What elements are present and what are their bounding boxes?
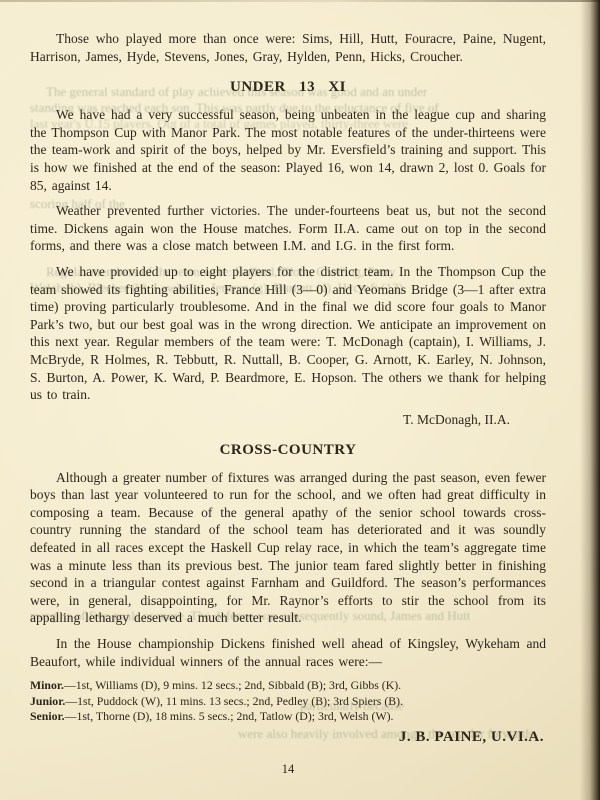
result-label-minor: Minor. bbox=[30, 678, 64, 692]
result-line-minor: Minor.—1st, Williams (D), 9 mins. 12 sec… bbox=[30, 678, 546, 694]
scanned-page: The general standard of play achieved th… bbox=[0, 0, 600, 800]
paragraph-crosscountry-house: In the House championship Dickens finish… bbox=[30, 635, 546, 670]
paragraph-under13-season: We have had a very successful season, be… bbox=[30, 106, 546, 194]
paragraph-crosscountry-season: Although a greater number of fixtures wa… bbox=[30, 469, 546, 627]
paragraph-under13-district: We have provided up to eight players for… bbox=[30, 263, 546, 404]
paragraph-under13-weather: Weather prevented further victories. The… bbox=[30, 202, 546, 255]
page-content: Those who played more than once were: Si… bbox=[0, 0, 600, 777]
page-edge-shadow bbox=[580, 0, 600, 800]
signature-paine: J. B. PAINE, U.VI.A. bbox=[30, 729, 546, 746]
result-text-senior: —1st, Thorne (D), 18 mins. 5 secs.; 2nd,… bbox=[65, 709, 394, 723]
section-heading-under-13-xi: UNDER 13 XI bbox=[30, 79, 546, 96]
result-text-junior: —1st, Puddock (W), 11 mins. 13 secs.; 2n… bbox=[65, 694, 403, 708]
result-line-junior: Junior.—1st, Puddock (W), 11 mins. 13 se… bbox=[30, 694, 546, 710]
result-label-junior: Junior. bbox=[30, 694, 65, 708]
page-number: 14 bbox=[30, 762, 546, 777]
result-label-senior: Senior. bbox=[30, 709, 65, 723]
signature-mcdonagh: T. McDonagh, II.A. bbox=[30, 412, 546, 428]
result-text-minor: —1st, Williams (D), 9 mins. 12 secs.; 2n… bbox=[64, 678, 401, 692]
section-heading-cross-country: CROSS-COUNTRY bbox=[30, 442, 546, 459]
paragraph-players-list: Those who played more than once were: Si… bbox=[30, 30, 546, 65]
page-top-edge-shadow bbox=[0, 0, 600, 2]
race-results: Minor.—1st, Williams (D), 9 mins. 12 sec… bbox=[30, 678, 546, 725]
result-line-senior: Senior.—1st, Thorne (D), 18 mins. 5 secs… bbox=[30, 709, 546, 725]
